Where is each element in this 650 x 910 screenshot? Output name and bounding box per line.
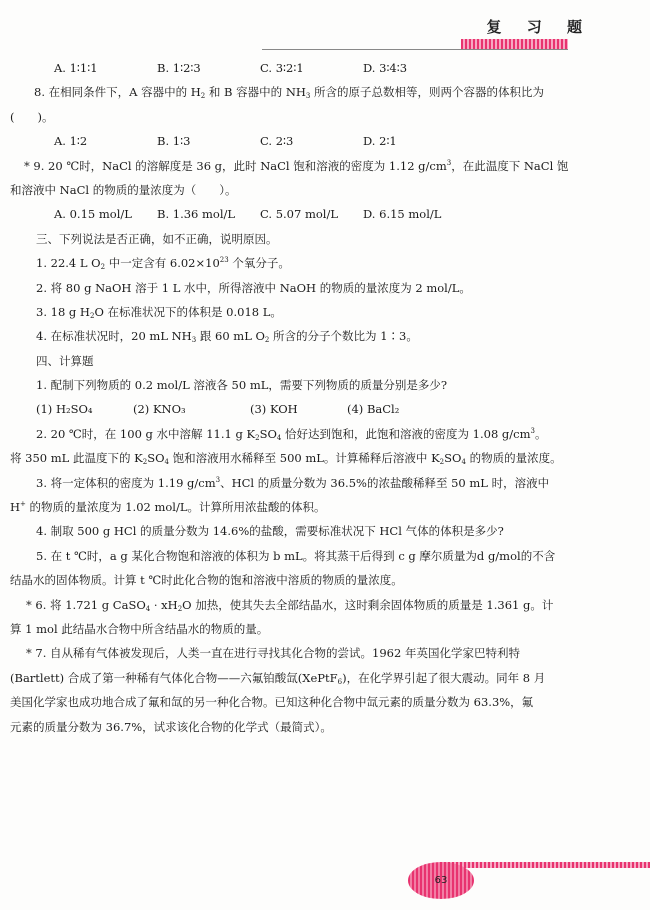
header-rule xyxy=(262,49,568,50)
q9-text: * 9. 20 ℃时，NaCl 的溶解度是 36 g，此时 NaCl 饱和溶液的… xyxy=(10,154,630,178)
subitem-2: (2) KNO₃ xyxy=(133,397,250,421)
page-content: A. 1∶1∶1 B. 1∶2∶3 C. 3∶2∶1 D. 3∶4∶3 8. 在… xyxy=(10,56,630,739)
s4-q7-cont-1: (Bartlett) 合成了第一种稀有气体化合物——六氟铂酸氙(XePtF6)，… xyxy=(10,666,630,690)
option-b: B. 1∶3 xyxy=(157,129,260,153)
s4-q3-cont: H+ 的物质的量浓度为 1.02 mol/L。计算所用浓盐酸的体积。 xyxy=(10,495,630,519)
q8-text: 8. 在相同条件下，A 容器中的 H2 和 B 容器中的 NH3 所含的原子总数… xyxy=(10,80,630,104)
s4-q3: 3. 将一定体积的密度为 1.19 g/cm3、HCl 的质量分数为 36.5%… xyxy=(10,471,630,495)
option-a: A. 1∶1∶1 xyxy=(54,56,157,80)
header-title: 复 习 题 xyxy=(487,16,592,37)
footer-decorative-stripe xyxy=(440,862,650,868)
s4-q2: 2. 20 ℃时，在 100 g 水中溶解 11.1 g K2SO4 恰好达到饱… xyxy=(10,422,630,446)
q9-options: A. 0.15 mol/L B. 1.36 mol/L C. 5.07 mol/… xyxy=(10,202,630,226)
s4-q5-cont: 结晶水的固体物质。计算 t ℃时此化合物的饱和溶液中溶质的物质的量浓度。 xyxy=(10,568,630,592)
s3-item-1: 1. 22.4 L O2 中一定含有 6.02×1023 个氧分子。 xyxy=(10,251,630,275)
s4-q6-cont: 算 1 mol 此结晶水合物中所含结晶水的物质的量。 xyxy=(10,617,630,641)
option-c: C. 2∶3 xyxy=(260,129,363,153)
s4-q1-subitems: (1) H₂SO₄ (2) KNO₃ (3) KOH (4) BaCl₂ xyxy=(10,397,630,421)
option-a: A. 0.15 mol/L xyxy=(54,202,157,226)
section-3-title: 三、下列说法是否正确，如不正确，说明原因。 xyxy=(10,227,630,251)
header-decorative-stripe xyxy=(461,39,568,49)
s4-q4: 4. 制取 500 g HCl 的质量分数为 14.6%的盐酸，需要标准状况下 … xyxy=(10,519,630,543)
option-b: B. 1∶2∶3 xyxy=(157,56,260,80)
s4-q7-cont-3: 元素的质量分数为 36.7%，试求该化合物的化学式（最简式）。 xyxy=(10,715,630,739)
option-d: D. 2∶1 xyxy=(363,129,466,153)
s4-q2-cont: 将 350 mL 此温度下的 K2SO4 饱和溶液用水稀释至 500 mL。计算… xyxy=(10,446,630,470)
option-c: C. 5.07 mol/L xyxy=(260,202,363,226)
s4-q6: * 6. 将 1.721 g CaSO4 · xH2O 加热，使其失去全部结晶水… xyxy=(10,593,630,617)
option-a: A. 1∶2 xyxy=(54,129,157,153)
option-d: D. 3∶4∶3 xyxy=(363,56,466,80)
section-4-title: 四、计算题 xyxy=(10,349,630,373)
s3-item-4: 4. 在标准状况时，20 mL NH3 跟 60 mL O2 所含的分子个数比为… xyxy=(10,324,630,348)
page-number-badge: 63 xyxy=(408,862,474,899)
s4-q5: 5. 在 t ℃时，a g 某化合物饱和溶液的体积为 b mL。将其蒸干后得到 … xyxy=(10,544,630,568)
subitem-3: (3) KOH xyxy=(250,397,347,421)
s4-q7: * 7. 自从稀有气体被发现后，人类一直在进行寻找其化合物的尝试。1962 年英… xyxy=(10,641,630,665)
q9-text-cont: 和溶液中 NaCl 的物质的量浓度为（ ）。 xyxy=(10,178,630,202)
subitem-4: (4) BaCl₂ xyxy=(347,397,444,421)
q8-text-cont: ( )。 xyxy=(10,105,630,129)
q7-options: A. 1∶1∶1 B. 1∶2∶3 C. 3∶2∶1 D. 3∶4∶3 xyxy=(10,56,630,80)
option-b: B. 1.36 mol/L xyxy=(157,202,260,226)
s4-q7-cont-2: 美国化学家也成功地合成了氟和氙的另一种化合物。已知这种化合物中氙元素的质量分数为… xyxy=(10,690,630,714)
option-c: C. 3∶2∶1 xyxy=(260,56,363,80)
s3-item-2: 2. 将 80 g NaOH 溶于 1 L 水中，所得溶液中 NaOH 的物质的… xyxy=(10,276,630,300)
page-number: 63 xyxy=(435,875,448,886)
s3-item-3: 3. 18 g H2O 在标准状况下的体积是 0.018 L。 xyxy=(10,300,630,324)
s4-q1: 1. 配制下列物质的 0.2 mol/L 溶液各 50 mL，需要下列物质的质量… xyxy=(10,373,630,397)
option-d: D. 6.15 mol/L xyxy=(363,202,466,226)
q8-options: A. 1∶2 B. 1∶3 C. 2∶3 D. 2∶1 xyxy=(10,129,630,153)
subitem-1: (1) H₂SO₄ xyxy=(36,397,133,421)
